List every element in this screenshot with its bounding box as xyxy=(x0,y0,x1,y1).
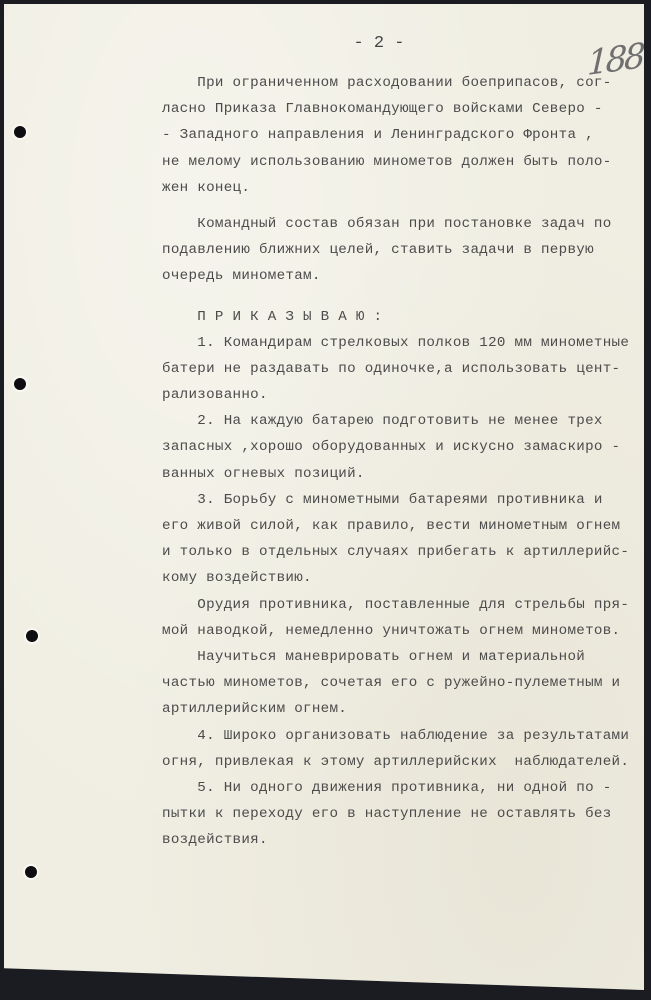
text-line: 4. Широко организовать наблюдение за рез… xyxy=(162,723,648,749)
text-line: кому воздействию. xyxy=(162,565,648,591)
paragraph-command-staff: Командный состав обязан при постановке з… xyxy=(162,211,648,290)
text-line: Научиться маневрировать огнем и материал… xyxy=(162,644,648,670)
text-line: Орудия противника, поставленные для стре… xyxy=(162,592,648,618)
page-number: - 2 - xyxy=(334,34,424,53)
text-line: запасных ,хорошо оборудованных и искусно… xyxy=(162,434,648,460)
text-line: очередь минометам. xyxy=(162,263,648,289)
text-line: 1. Командирам стрелковых полков 120 мм м… xyxy=(162,330,648,356)
order-heading: П Р И К А З Ы В А Ю : xyxy=(162,304,648,330)
paragraph-item-3-maneuver: Научиться маневрировать огнем и материал… xyxy=(162,644,648,723)
text-line: Командный состав обязан при постановке з… xyxy=(162,211,648,237)
paragraph-item-5: 5. Ни одного движения противника, ни одн… xyxy=(162,775,648,854)
text-line: При ограниченном расходовании боеприпасо… xyxy=(162,70,648,96)
text-line: мой наводкой, немедленно уничтожать огне… xyxy=(162,618,648,644)
order-heading-text: П Р И К А З Ы В А Ю : xyxy=(162,304,648,330)
text-line: батери не раздавать по одиночке,а исполь… xyxy=(162,356,648,382)
punch-hole xyxy=(14,378,26,390)
text-line: ласно Приказа Главнокомандующего войскам… xyxy=(162,96,648,122)
paragraph-item-3-guns: Орудия противника, поставленные для стре… xyxy=(162,592,648,644)
paragraph-item-4: 4. Широко организовать наблюдение за рез… xyxy=(162,723,648,775)
document-body: При ограниченном расходовании боеприпасо… xyxy=(162,70,648,853)
scanned-document: - 2 - 188 При ограниченном расходовании … xyxy=(0,0,651,1000)
text-line: огня, привлекая к этому артиллерийских н… xyxy=(162,749,648,775)
text-line: жен конец. xyxy=(162,175,648,201)
text-line: 5. Ни одного движения противника, ни одн… xyxy=(162,775,648,801)
text-line: 2. На каждую батарею подготовить не мене… xyxy=(162,408,648,434)
punch-hole xyxy=(26,630,38,642)
text-line: рализованно. xyxy=(162,382,648,408)
text-line: ванных огневых позиций. xyxy=(162,461,648,487)
text-line: артиллерийским огнем. xyxy=(162,696,648,722)
text-line: его живой силой, как правило, вести мино… xyxy=(162,513,648,539)
text-line: и только в отдельных случаях прибегать к… xyxy=(162,539,648,565)
paragraph-item-3: 3. Борьбу с минометными батареями против… xyxy=(162,487,648,592)
punch-hole xyxy=(25,866,37,878)
punch-hole xyxy=(14,126,26,138)
paragraph-item-1: 1. Командирам стрелковых полков 120 мм м… xyxy=(162,330,648,409)
text-line: не мелому использованию минометов должен… xyxy=(162,149,648,175)
text-line: 3. Борьбу с минометными батареями против… xyxy=(162,487,648,513)
text-line: - Западного направления и Ленинградского… xyxy=(162,122,648,148)
paragraph-item-2: 2. На каждую батарею подготовить не мене… xyxy=(162,408,648,487)
text-line: пытки к переходу его в наступление не ос… xyxy=(162,801,648,827)
text-line: частью минометов, сочетая его с ружейно-… xyxy=(162,670,648,696)
text-line: воздействия. xyxy=(162,827,648,853)
text-line: подавлению ближних целей, ставить задачи… xyxy=(162,237,648,263)
paragraph-intro-ammo: При ограниченном расходовании боеприпасо… xyxy=(162,70,648,201)
